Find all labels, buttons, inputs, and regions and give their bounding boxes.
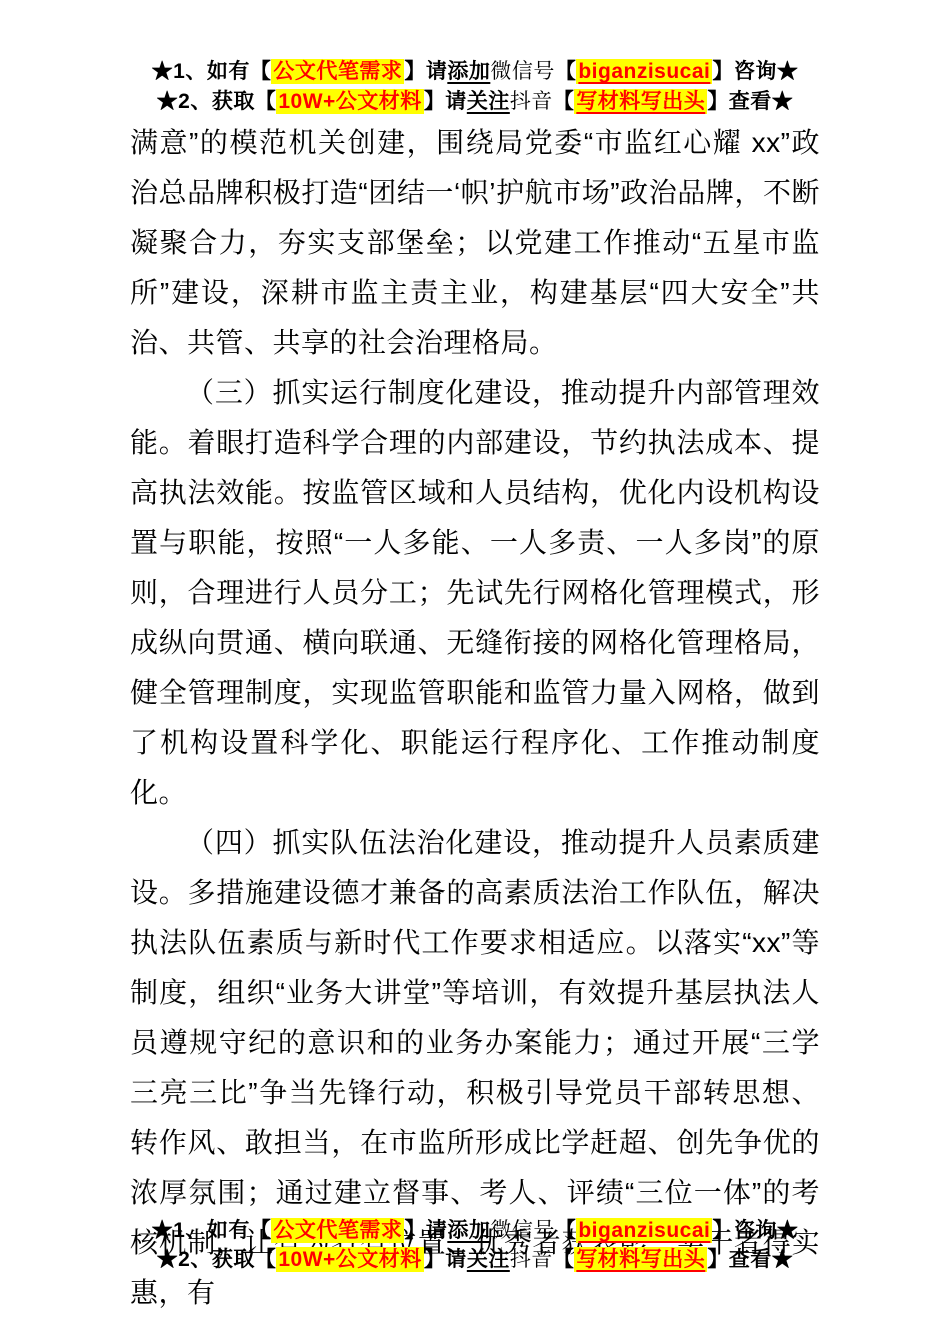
banner-wechat-id: biganzisucai <box>576 1218 712 1243</box>
promo-banner-top: ★1、如有【公文代笔需求】请添加微信号【biganzisucai】咨询★ ★2、… <box>0 57 950 117</box>
banner-highlight-text: 10W+公文材料 <box>276 89 423 114</box>
banner-text: 】请 <box>424 1248 467 1271</box>
banner-douyin-id: 写材料写出头 <box>574 89 707 114</box>
banner-text: 抖音 <box>510 1248 553 1271</box>
promo-banner-top-line1: ★1、如有【公文代笔需求】请添加微信号【biganzisucai】咨询★ <box>0 57 950 87</box>
banner-underlined-text: 关注 <box>467 90 510 113</box>
banner-text: 微信号 <box>490 60 555 83</box>
banner-text: 【 <box>555 1219 577 1242</box>
banner-text: 】咨询★ <box>712 60 798 83</box>
banner-highlight-text: 公文代笔需求 <box>271 1218 404 1243</box>
banner-text: ★1、如有【 <box>152 1219 272 1242</box>
banner-text: 】请 <box>404 1219 447 1242</box>
promo-banner-bottom-line1: ★1、如有【公文代笔需求】请添加微信号【biganzisucai】咨询★ <box>0 1216 950 1245</box>
banner-underlined-text: 添加 <box>447 60 490 83</box>
document-body: 满意”的模范机关创建，围绕局党委“市监红心耀 xx”政治总品牌积极打造“团结一‘… <box>130 118 820 1318</box>
document-page: ★1、如有【公文代笔需求】请添加微信号【biganzisucai】咨询★ ★2、… <box>0 0 950 1344</box>
paragraph-continuation: 满意”的模范机关创建，围绕局党委“市监红心耀 xx”政治总品牌积极打造“团结一‘… <box>130 118 820 368</box>
banner-text: 】查看★ <box>707 1248 793 1271</box>
banner-text: 】查看★ <box>707 90 793 113</box>
banner-douyin-id: 写材料写出头 <box>574 1247 707 1272</box>
banner-text: 】请 <box>404 60 447 83</box>
paragraph-section-3: （三）抓实运行制度化建设，推动提升内部管理效能。着眼打造科学合理的内部建设，节约… <box>130 368 820 818</box>
banner-highlight-text: 公文代笔需求 <box>271 59 404 84</box>
banner-highlight-text: 10W+公文材料 <box>276 1247 423 1272</box>
banner-underlined-text: 关注 <box>467 1248 510 1271</box>
banner-text: 】咨询★ <box>712 1219 798 1242</box>
banner-wechat-id: biganzisucai <box>576 59 712 84</box>
banner-text: ★1、如有【 <box>152 60 272 83</box>
banner-text: ★2、获取【 <box>157 1248 277 1271</box>
promo-banner-top-line2: ★2、获取【10W+公文材料】请关注抖音【写材料写出头】查看★ <box>0 87 950 117</box>
banner-text: 【 <box>555 60 577 83</box>
banner-text: 【 <box>553 90 575 113</box>
banner-text: 抖音 <box>510 90 553 113</box>
banner-text: 【 <box>553 1248 575 1271</box>
banner-text: 】请 <box>424 90 467 113</box>
promo-banner-bottom: ★1、如有【公文代笔需求】请添加微信号【biganzisucai】咨询★ ★2、… <box>0 1216 950 1274</box>
promo-banner-bottom-line2: ★2、获取【10W+公文材料】请关注抖音【写材料写出头】查看★ <box>0 1245 950 1274</box>
banner-underlined-text: 添加 <box>447 1219 490 1242</box>
banner-text: 微信号 <box>490 1219 555 1242</box>
banner-text: ★2、获取【 <box>157 90 277 113</box>
